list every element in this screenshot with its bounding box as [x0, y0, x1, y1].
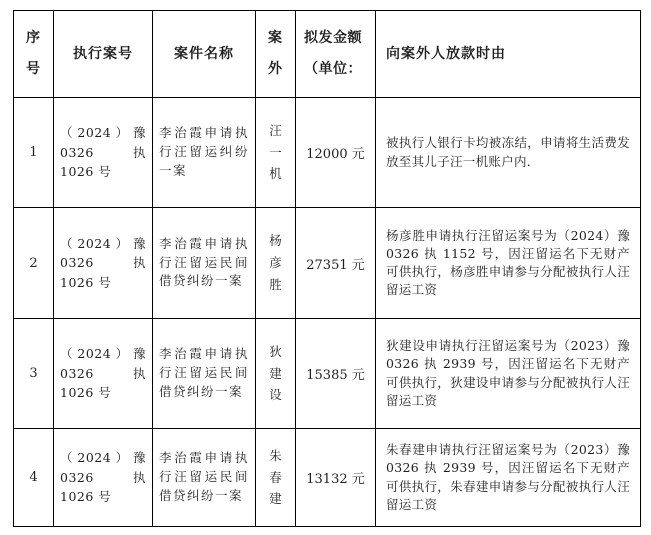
- cell-case-name: 李治霞申请执行汪留运民间借贷纠纷一案: [153, 319, 256, 429]
- cell-case-number: （2024）豫 0326 执 1026 号: [54, 208, 153, 319]
- header-proposed-amount: 拟发金额（单位：: [296, 11, 376, 98]
- cell-case-number: （2024）豫 0326 执 1026 号: [54, 429, 153, 527]
- header-case-name: 案件名称: [153, 11, 256, 98]
- cell-case-name: 李治霞申请执行汪留运民间借贷纠纷一案: [153, 429, 256, 527]
- cell-case-number: （2024）豫 0326 执 1026 号: [54, 98, 153, 208]
- cell-serial-number: 3: [14, 319, 54, 429]
- cell-serial-number: 1: [14, 98, 54, 208]
- cell-amount: 13132 元: [296, 429, 376, 527]
- cell-payout-reason: 朱春建申请执行汪留运案号为（2023）豫 0326 执 2939 号，因汪留运名…: [376, 429, 641, 527]
- table-row: 1 （2024）豫 0326 执 1026 号 李治霞申请执行汪留运纠纷一案 汪…: [14, 98, 641, 208]
- cell-outsider-name: 杨彦胜: [256, 208, 296, 319]
- cell-outsider-name: 朱春建: [256, 429, 296, 527]
- header-serial-number: 序号: [14, 11, 54, 98]
- cell-payout-reason: 杨彦胜申请执行汪留运案号为（2024）豫 0326 执 1152 号，因汪留运名…: [376, 208, 641, 319]
- cell-case-number: （2024）豫 0326 执 1026 号: [54, 319, 153, 429]
- cell-amount: 12000 元: [296, 98, 376, 208]
- cell-serial-number: 4: [14, 429, 54, 527]
- table-row: 3 （2024）豫 0326 执 1026 号 李治霞申请执行汪留运民间借贷纠纷…: [14, 319, 641, 429]
- cell-payout-reason: 被执行人银行卡均被冻结，申请将生活费发放至其儿子汪一机账户内．: [376, 98, 641, 208]
- cell-case-name: 李治霞申请执行汪留运民间借贷纠纷一案: [153, 208, 256, 319]
- cell-case-name: 李治霞申请执行汪留运纠纷一案: [153, 98, 256, 208]
- payout-table: 序号 执行案号 案件名称 案外 拟发金额（单位： 向案外人放款时由 1 （202…: [13, 10, 641, 527]
- table-row: 4 （2024）豫 0326 执 1026 号 李治霞申请执行汪留运民间借贷纠纷…: [14, 429, 641, 527]
- header-payout-reason: 向案外人放款时由: [376, 11, 641, 98]
- cell-payout-reason: 狄建设申请执行汪留运案号为（2023）豫 0326 执 2939 号，因汪留运名…: [376, 319, 641, 429]
- table-header-row: 序号 执行案号 案件名称 案外 拟发金额（单位： 向案外人放款时由: [14, 11, 641, 98]
- cell-outsider-name: 汪一机: [256, 98, 296, 208]
- cell-serial-number: 2: [14, 208, 54, 319]
- document-page: 序号 执行案号 案件名称 案外 拟发金额（单位： 向案外人放款时由 1 （202…: [0, 0, 651, 535]
- table-row: 2 （2024）豫 0326 执 1026 号 李治霞申请执行汪留运民间借贷纠纷…: [14, 208, 641, 319]
- header-outsider: 案外: [256, 11, 296, 98]
- cell-amount: 27351 元: [296, 208, 376, 319]
- header-execution-case-number: 执行案号: [54, 11, 153, 98]
- cell-outsider-name: 狄建设: [256, 319, 296, 429]
- cell-amount: 15385 元: [296, 319, 376, 429]
